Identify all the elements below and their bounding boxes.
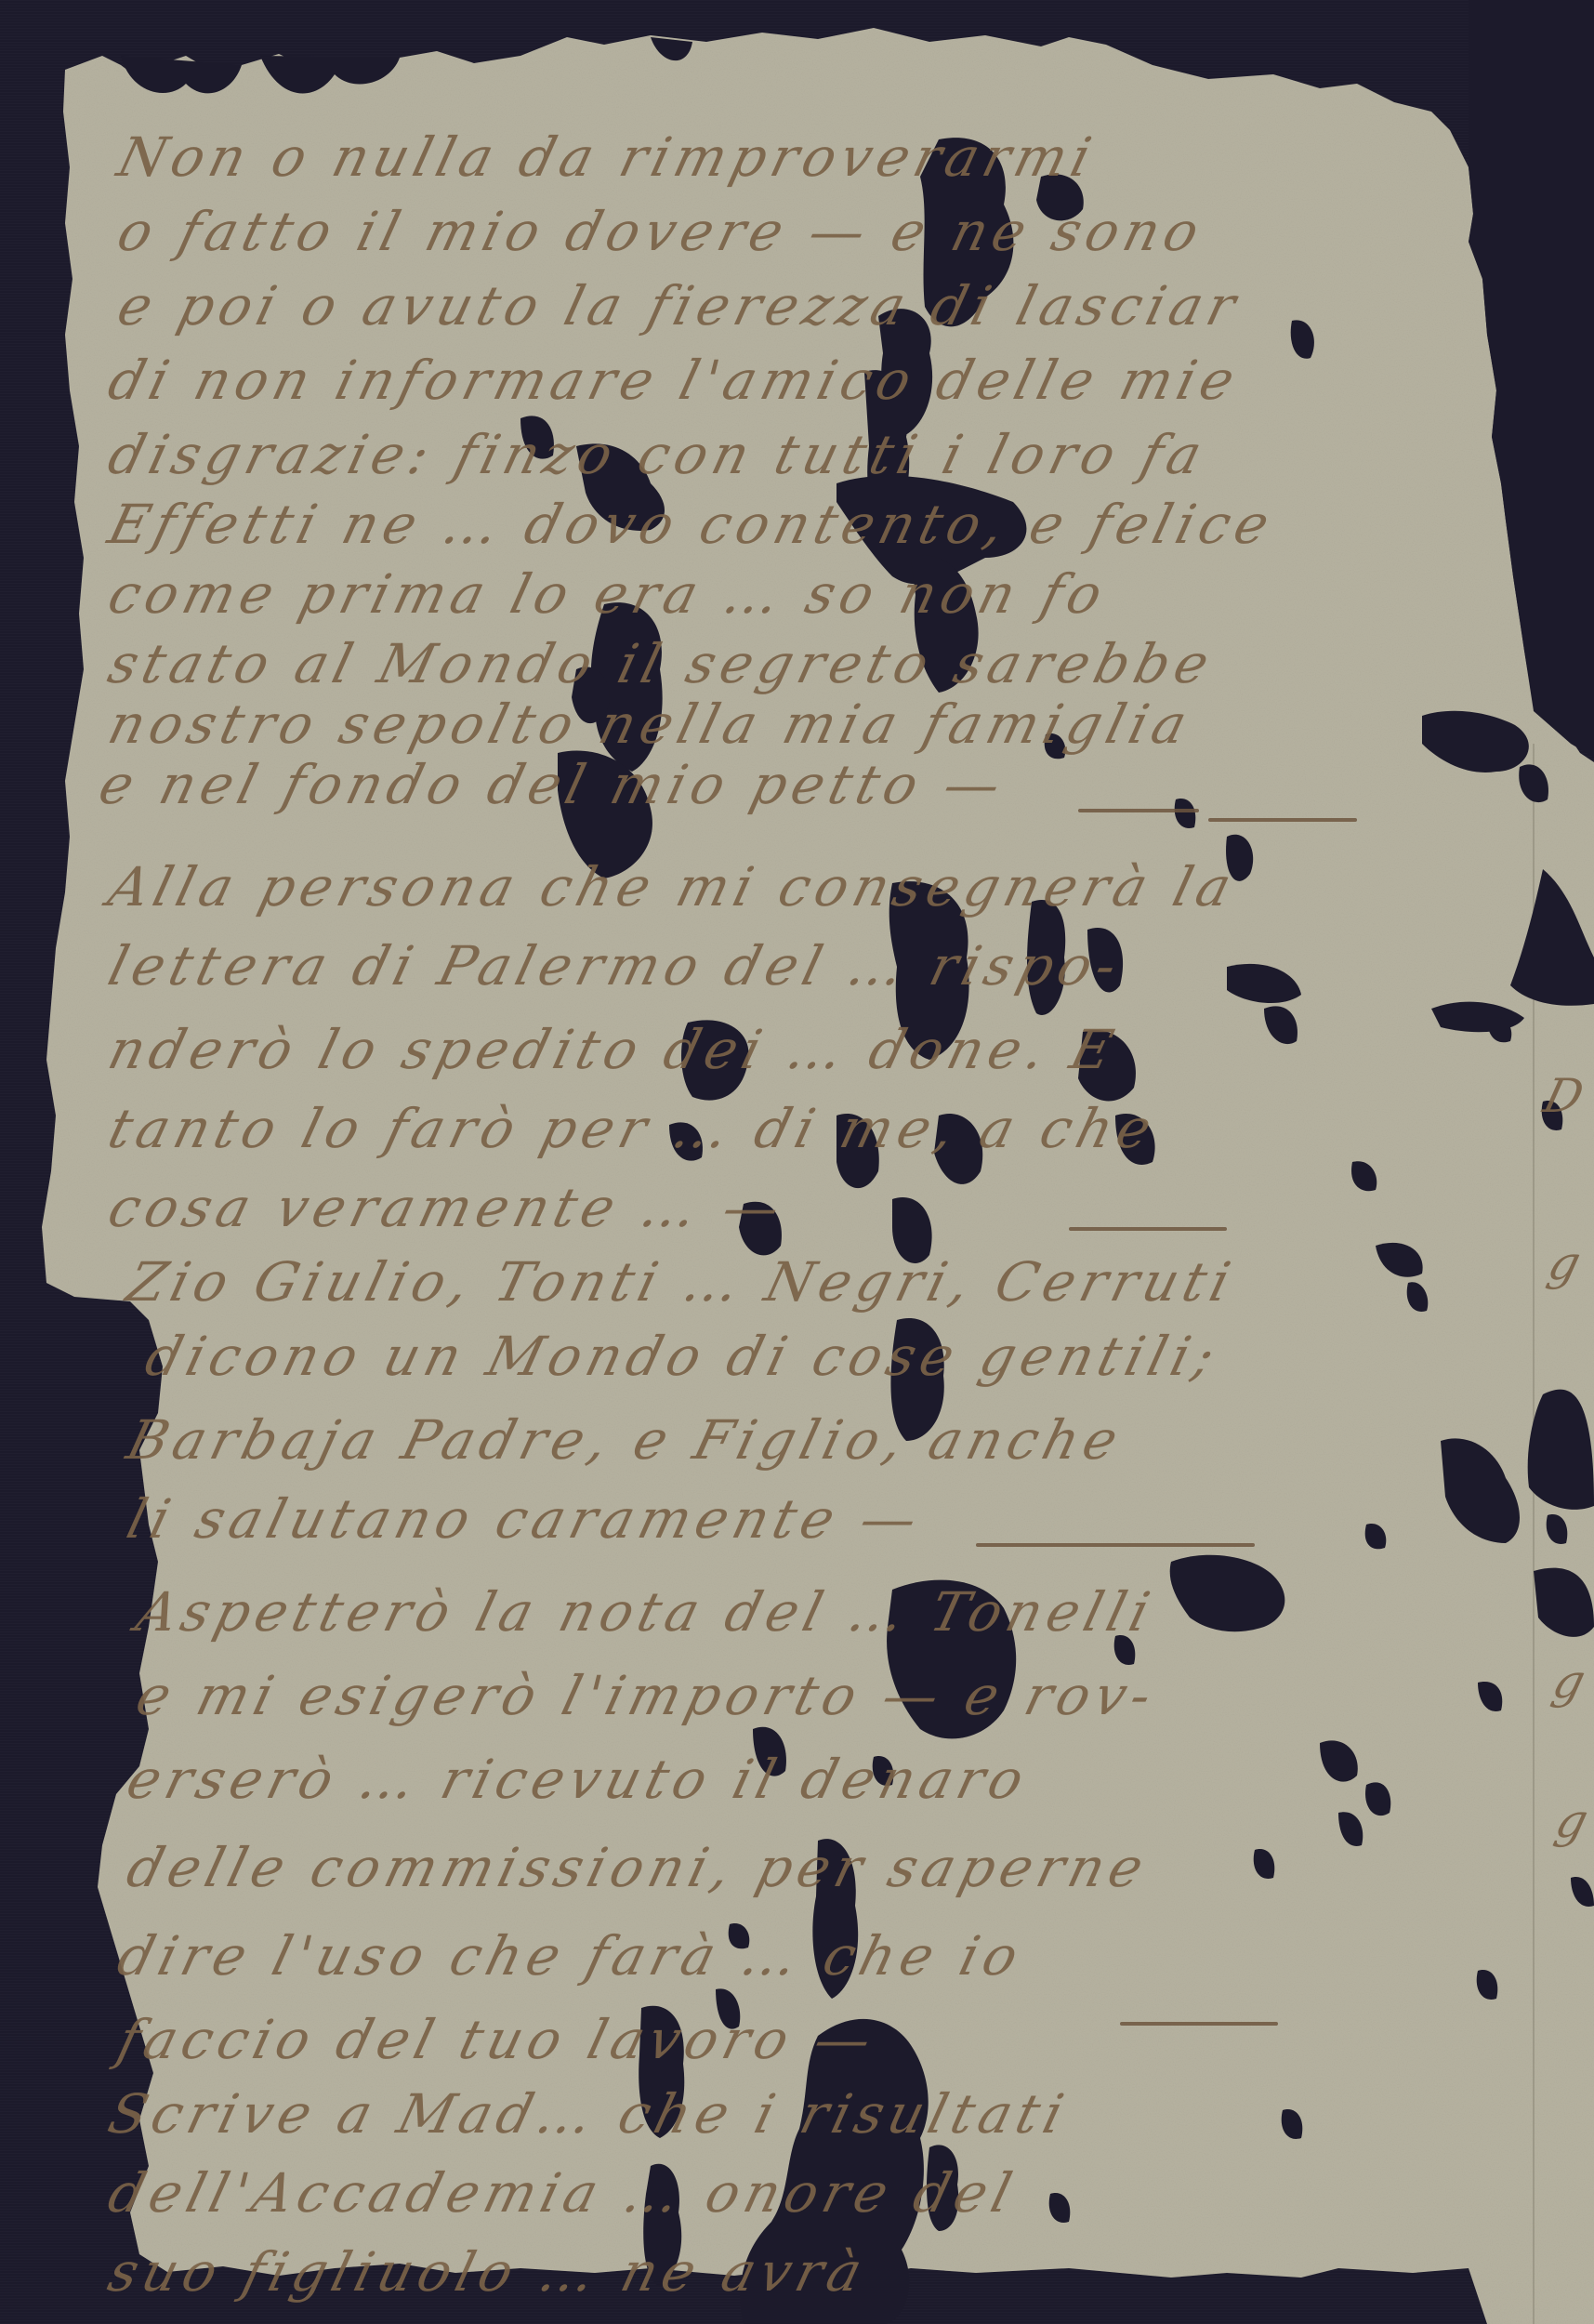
- text-line: di non informare l'amico delle mie: [102, 349, 1246, 412]
- text-line: dicono un Mondo di cose gentili;: [139, 1325, 1226, 1388]
- text-line: tanto lo farò per … di me, a che: [102, 1097, 1163, 1160]
- text-line: e mi esigerò l'importo — e rov-: [130, 1664, 1164, 1727]
- text-line: e nel fondo del mio petto —: [93, 753, 1012, 816]
- text-line: come prima lo era … so non fo: [102, 562, 1114, 626]
- text-line: faccio del tuo lavoro —: [112, 2008, 883, 2071]
- text-line: Zio Giulio, Tonti … Negri, Cerruti: [121, 1250, 1242, 1314]
- text-line: stato al Mondo il segreto sarebbe: [102, 632, 1220, 695]
- text-line: cosa veramente … —: [102, 1176, 792, 1239]
- text-line: e poi o avuto la fierezza di lasciar: [112, 274, 1247, 337]
- right-fragment-glyph: g: [1548, 1655, 1594, 1709]
- text-line: o fatto il mio dovere — e ne sono: [112, 200, 1211, 263]
- flourish-line: [1208, 818, 1357, 822]
- text-line: Aspetterò la nota del … Tonelli: [130, 1580, 1162, 1644]
- text-line: lettera di Palermo del … rispo-: [102, 934, 1128, 997]
- text-line: suo figliuolo … ne avrà: [102, 2240, 874, 2304]
- text-line: Scrive a Mad… che i risultati: [102, 2082, 1075, 2146]
- text-line: nostro sepolto nella mia famiglia: [102, 693, 1199, 756]
- flourish-line: [976, 1543, 1255, 1547]
- right-fragment-glyph: D: [1538, 1069, 1594, 1123]
- text-line: disgrazie: finzo con tutti i loro fa: [102, 423, 1214, 486]
- right-fragment-glyph: g: [1550, 1794, 1594, 1848]
- text-line: nderò lo spedito dei … done. E: [102, 1018, 1125, 1081]
- flourish-line: [1078, 809, 1199, 812]
- text-line: Alla persona che mi consegnerà la: [102, 855, 1243, 918]
- handwritten-text-area: Non o nulla da rimproverarmi o fatto il …: [0, 0, 1594, 2324]
- text-line: Barbaja Padre, e Figlio, anche: [121, 1408, 1129, 1472]
- flourish-line: [1120, 2022, 1278, 2026]
- text-line: dire l'uso che farà … che io: [112, 1924, 1030, 1987]
- text-line: delle commissioni, per saperne: [121, 1836, 1155, 1899]
- text-line: Non o nulla da rimproverarmi: [112, 125, 1102, 189]
- text-line: Effetti ne … dovo contento, e felice: [102, 493, 1281, 556]
- text-line: erserò … ricevuto il denaro: [121, 1748, 1035, 1811]
- flourish-line: [1069, 1227, 1227, 1231]
- right-fragment-glyph: g: [1543, 1236, 1591, 1290]
- text-line: dell'Accademia … onore del: [102, 2161, 1023, 2225]
- text-line: li salutano caramente —: [121, 1487, 929, 1551]
